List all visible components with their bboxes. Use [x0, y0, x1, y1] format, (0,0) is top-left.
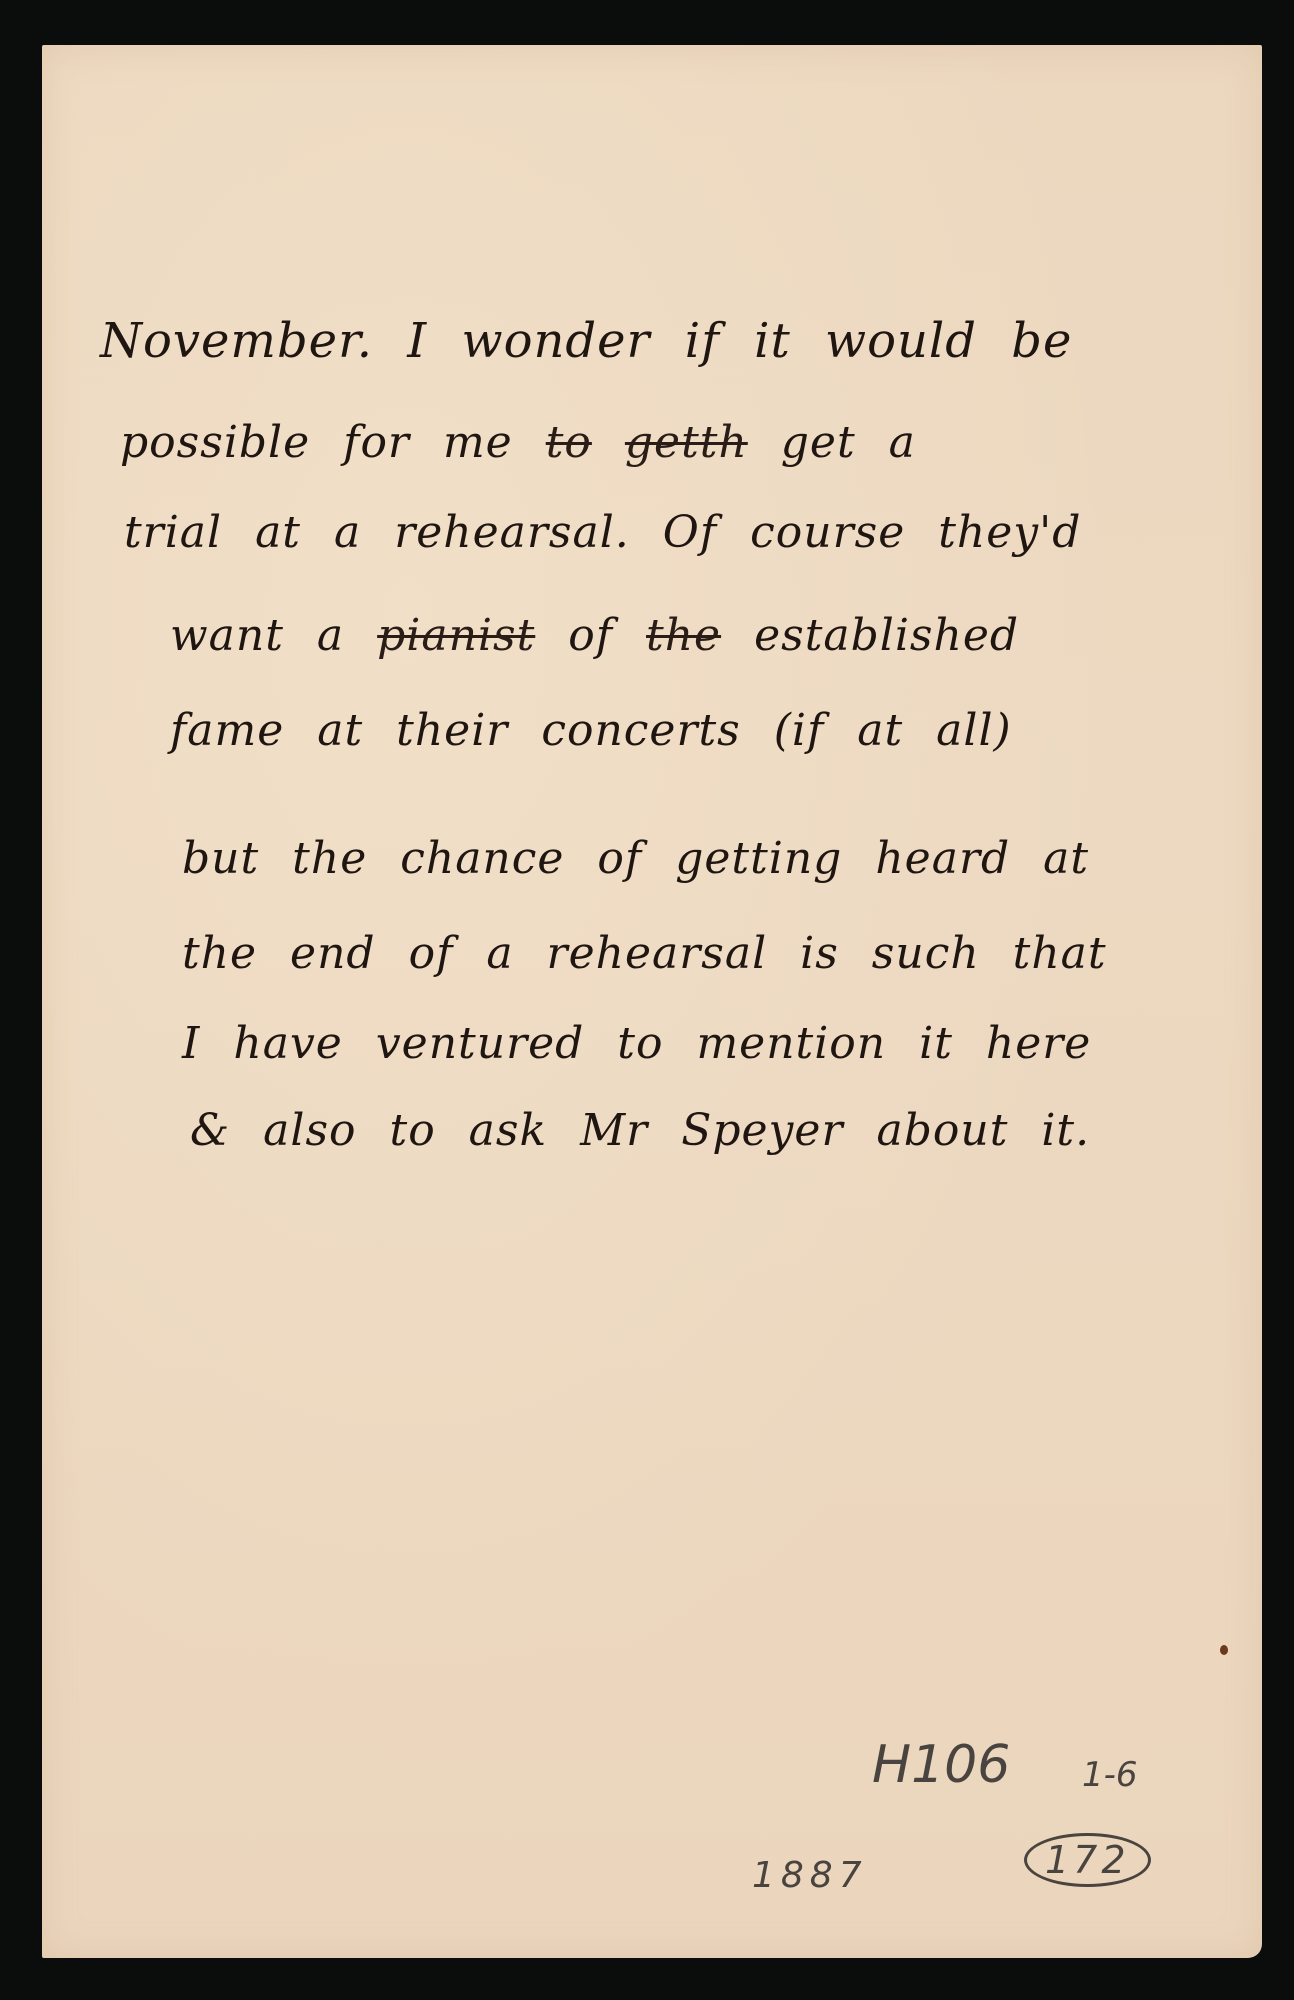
line-text: of: [535, 610, 646, 661]
shelfmark: H106: [872, 1735, 1010, 1795]
line-text: want a: [170, 610, 377, 661]
folio-number: 172: [1024, 1833, 1151, 1887]
line-text: & also to ask Mr Speyer about it.: [190, 1105, 1090, 1156]
line-text: fame at their concerts (if at all): [170, 705, 1012, 756]
letter-line-9: & also to ask Mr Speyer about it.: [190, 1105, 1090, 1156]
line-text: possible for me: [120, 417, 546, 468]
line-text: get a: [748, 417, 916, 468]
line-text: [592, 417, 625, 468]
line-text: established: [721, 610, 1019, 661]
letter-line-2: possible for me to getth get a: [120, 417, 916, 468]
letter-line-6: but the chance of getting heard at: [182, 833, 1089, 884]
shelfmark-text: H106: [872, 1735, 1010, 1795]
line-text: trial at a rehearsal. Of course they'd: [124, 507, 1081, 558]
year-text: 1887: [752, 1855, 868, 1896]
struck-word: to: [546, 417, 592, 468]
line-text: November. I wonder if it would be: [100, 313, 1072, 369]
letter-line-1: November. I wonder if it would be: [100, 313, 1072, 369]
struck-word: the: [646, 610, 721, 661]
letter-line-8: I have ventured to mention it here: [182, 1018, 1091, 1069]
line-text: I have ventured to mention it here: [182, 1018, 1091, 1069]
struck-word: getth: [625, 417, 748, 468]
line-text: but the chance of getting heard at: [182, 833, 1089, 884]
letter-line-4: want a pianist of the established: [170, 610, 1019, 661]
struck-word: pianist: [377, 610, 535, 661]
range-text: 1-6: [1082, 1755, 1138, 1795]
letter-line-5: fame at their concerts (if at all): [170, 705, 1012, 756]
letter-line-3: trial at a rehearsal. Of course they'd: [124, 507, 1081, 558]
letter-line-7: the end of a rehearsal is such that: [182, 928, 1107, 979]
shelfmark-range: 1-6: [1082, 1755, 1138, 1795]
line-text: the end of a rehearsal is such that: [182, 928, 1107, 979]
ink-spot: [1220, 1645, 1228, 1655]
year-mark: 1887: [752, 1855, 868, 1896]
folio-text: 172: [1045, 1838, 1130, 1882]
letter-page: November. I wonder if it would be possib…: [42, 45, 1262, 1958]
